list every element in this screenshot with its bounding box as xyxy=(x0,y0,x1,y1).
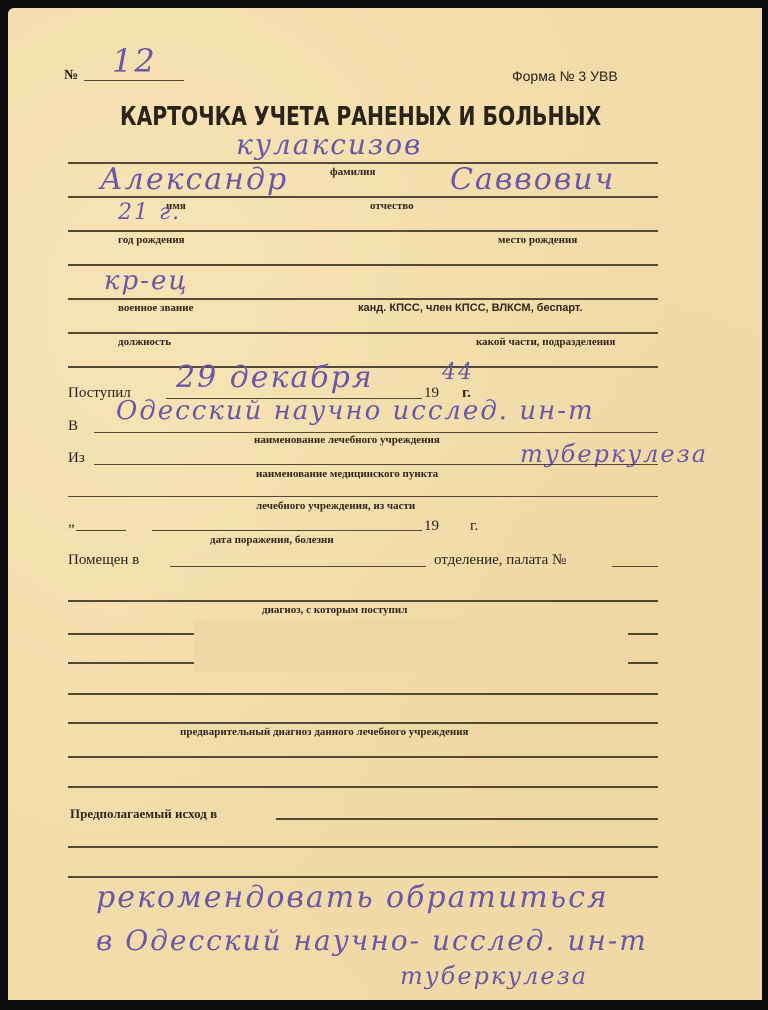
birth-year-label: год рождения xyxy=(118,234,185,246)
to-institution-value: Одесский научно исслед. ин-т xyxy=(116,396,595,426)
birth-place-label: место рождения xyxy=(498,234,577,246)
from-label: наименование медицинского пункта xyxy=(256,468,438,480)
admitted-year-value: 44 xyxy=(442,360,474,385)
placed-prefix: Помещен в xyxy=(68,552,139,569)
admitted-date-value: 29 декабря xyxy=(176,360,374,395)
to-label: наименование лечебного учреждения xyxy=(254,434,440,446)
number-value: 12 xyxy=(112,42,157,80)
unit-label: какой части, подразделения xyxy=(476,336,615,348)
patronymic-label: отчество xyxy=(370,200,414,212)
note-line-2: в Одесский научно- исслед. ин-т xyxy=(96,924,648,957)
number-line xyxy=(84,80,184,81)
injury-year-suffix: г. xyxy=(470,518,478,535)
first-name-value: Александр xyxy=(100,162,288,197)
prelim-line-3 xyxy=(68,786,658,788)
from-line xyxy=(94,464,658,465)
from-unit-label: лечебного учреждения, из части xyxy=(256,500,415,512)
outcome-line-3 xyxy=(68,876,658,878)
from-unit-line xyxy=(68,496,658,497)
diagnosis-line-4 xyxy=(68,693,658,695)
birth-year-value: 21 г. xyxy=(118,200,181,225)
diagnosis-line-1 xyxy=(68,600,658,602)
patronymic-value: Саввович xyxy=(450,162,615,197)
rank-value: кр-ец xyxy=(104,266,188,296)
injury-quote: „ xyxy=(68,514,75,531)
expected-outcome-label: Предполагаемый исход в xyxy=(70,806,217,822)
redacted-diagnosis xyxy=(194,620,628,672)
injury-label: дата поражения, болезни xyxy=(210,534,334,546)
name-line xyxy=(68,196,658,198)
to-prefix: В xyxy=(68,418,78,435)
birth-line xyxy=(68,230,658,232)
outcome-line-2 xyxy=(68,846,658,848)
surname-value: кулаксизов xyxy=(236,128,422,161)
ward-line xyxy=(612,566,658,567)
note-line-1: рекомендовать обратиться xyxy=(96,880,609,915)
injury-day-line xyxy=(76,530,126,531)
injury-year-prefix: 19 xyxy=(424,518,439,535)
prelim-line-1 xyxy=(68,722,658,724)
rank-line xyxy=(68,298,658,300)
rank-label: военное звание xyxy=(118,302,193,314)
note-line-3: туберкулеза xyxy=(400,962,588,990)
party-label: канд. КПСС, член КПСС, ВЛКСМ, беспарт. xyxy=(358,302,582,314)
diagnosis-admission-label: диагноз, с которым поступил xyxy=(262,604,407,616)
from-prefix: Из xyxy=(68,450,85,467)
placed-middle: отделение, палата № xyxy=(434,552,566,569)
position-line xyxy=(68,332,658,334)
surname-label: фамилия xyxy=(330,166,375,178)
prelim-line-2 xyxy=(68,756,658,758)
outcome-line-1 xyxy=(276,818,658,820)
to-line xyxy=(94,432,658,433)
diagnosis-preliminary-label: предварительный диагноз данного лечебног… xyxy=(180,726,469,738)
position-label: должность xyxy=(118,336,171,348)
injury-month-line xyxy=(152,530,422,531)
form-code: Форма № 3 УВВ xyxy=(512,68,618,84)
placed-line xyxy=(170,566,426,567)
number-label: № xyxy=(64,68,78,84)
